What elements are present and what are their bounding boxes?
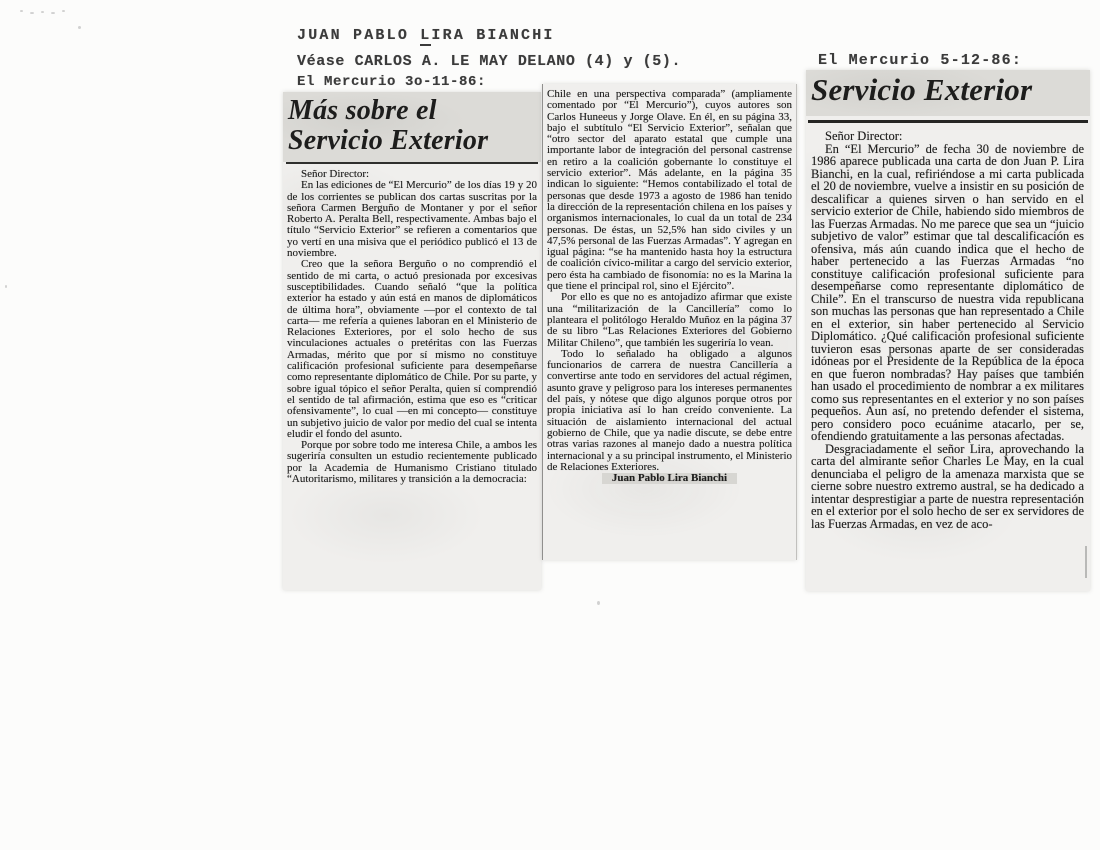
scan-speck xyxy=(78,26,81,29)
typed-name-post: IRA BIANCHI xyxy=(431,27,554,44)
scan-edge-mark xyxy=(1085,546,1087,578)
scan-speck xyxy=(5,285,7,288)
scan-speck xyxy=(62,10,65,12)
article-paragraph: Chile en una perspectiva comparada” (amp… xyxy=(547,89,792,292)
scan-speck xyxy=(597,601,600,605)
signature-row: Juan Pablo Lira Bianchi xyxy=(547,473,792,484)
scan-speck xyxy=(20,10,23,12)
article-column-1: Señor Director: En las ediciones de “El … xyxy=(283,164,541,485)
author-signature: Juan Pablo Lira Bianchi xyxy=(602,473,737,484)
article-paragraph: Creo que la señora Berguño o no comprend… xyxy=(287,259,537,440)
typed-annotation-name: JUAN PABLO LIRA BIANCHI xyxy=(297,27,555,44)
article-column-3: Señor Director: En “El Mercurio” de fech… xyxy=(806,123,1090,530)
typed-annotation-date-left: El Mercurio 3o-11-86: xyxy=(297,74,486,90)
article-headline-line1: Más sobre el xyxy=(288,96,535,126)
article-paragraph: En las ediciones de “El Mercurio” de los… xyxy=(287,180,537,259)
typed-annotation-date-right: El Mercurio 5-12-86: xyxy=(818,52,1022,69)
article-headline-line2: Servicio Exterior xyxy=(288,126,535,156)
typed-annotation-reference: Véase CARLOS A. LE MAY DELANO (4) y (5). xyxy=(297,53,681,70)
headline-band: Servicio Exterior xyxy=(806,70,1090,116)
typed-name-underlined-letter: L xyxy=(420,27,431,46)
article-headline: Servicio Exterior xyxy=(811,74,1084,107)
article-paragraph: En “El Mercurio” de fecha 30 de noviembr… xyxy=(811,143,1084,443)
salutation: Señor Director: xyxy=(811,130,1084,143)
typed-name-pre: JUAN PABLO xyxy=(297,27,420,44)
scan-speck xyxy=(30,12,34,14)
article-paragraph: Porque por sobre todo me interesa Chile,… xyxy=(287,440,537,485)
scan-speck xyxy=(51,12,55,14)
clipping-continuation-column: Chile en una perspectiva comparada” (amp… xyxy=(542,84,797,560)
article-column-2: Chile en una perspectiva comparada” (amp… xyxy=(543,84,796,484)
article-paragraph: Desgraciadamente el señor Lira, aprovech… xyxy=(811,443,1084,531)
article-paragraph: Todo lo señalado ha obligado a algunos f… xyxy=(547,349,792,473)
clipping-servicio-exterior-reply: Servicio Exterior Señor Director: En “El… xyxy=(806,70,1090,591)
headline-band: Más sobre el Servicio Exterior xyxy=(283,92,541,162)
scanned-clippings-page: JUAN PABLO LIRA BIANCHI Véase CARLOS A. … xyxy=(0,0,1100,850)
clipping-mas-sobre-el-servicio-exterior: Más sobre el Servicio Exterior Señor Dir… xyxy=(283,92,541,590)
scan-speck xyxy=(41,11,44,13)
article-paragraph: Por ello es que no es antojadizo afirmar… xyxy=(547,292,792,348)
